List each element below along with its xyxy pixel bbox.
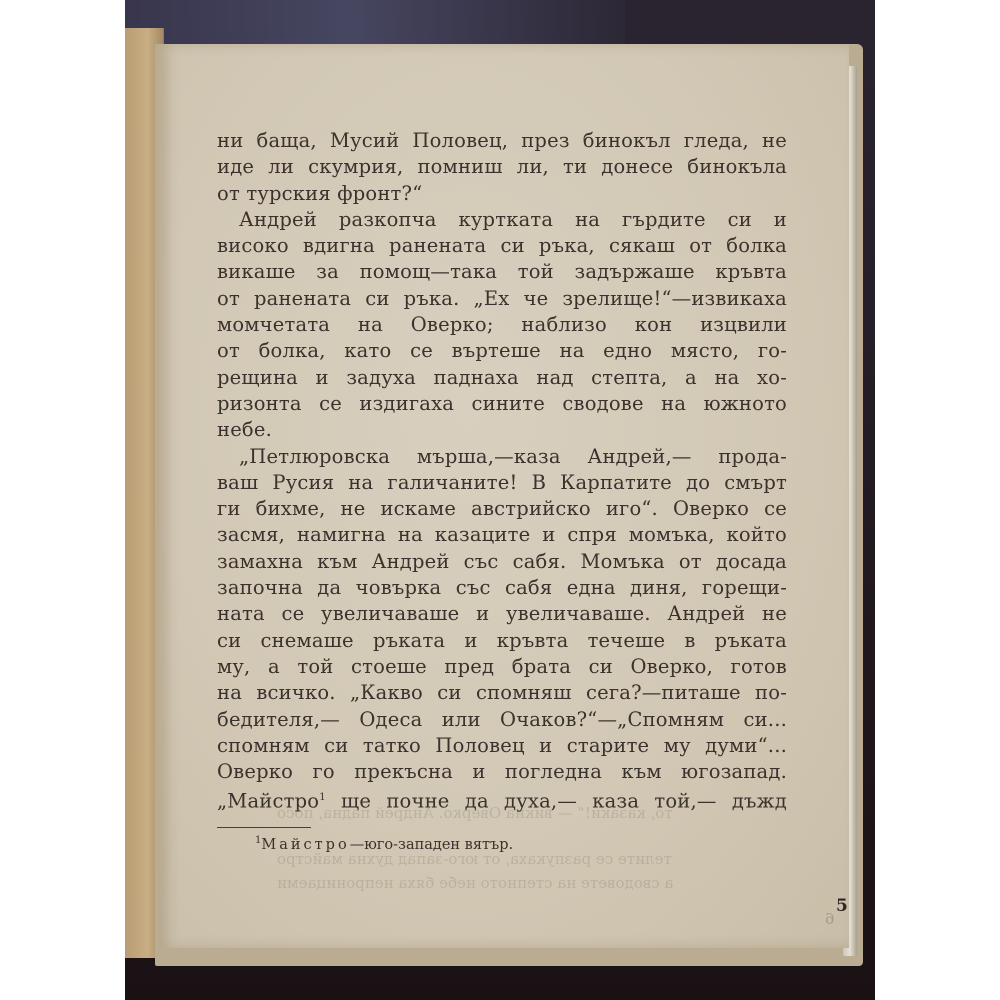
text-continuation: ще почне да духа,— каза той,— дъжд	[341, 790, 787, 813]
footnote-divider	[217, 827, 311, 828]
text-line: високо вдигна ранената си ръка, сякаш от…	[217, 233, 787, 259]
text-line: Андрей разкопча куртката на гърдите си и	[217, 207, 787, 233]
text-line: си снемаше ръката и кръвта течеше в ръка…	[217, 628, 787, 654]
footnoted-term: „Майстро	[217, 790, 319, 813]
footnote-definition: —юго-западен вятър.	[350, 837, 513, 853]
text-line: бедителя,— Одеса или Очаков?“—„Спомням с…	[217, 707, 787, 733]
text-line: иде ли скумрия, помниш ли, ти донесе бин…	[217, 154, 787, 180]
page-number: 5	[836, 896, 848, 916]
text-line: ни баща, Мусий Половец, през бинокъл гле…	[217, 128, 787, 154]
footnote-term: Майстро	[261, 837, 349, 853]
text-line: момчетата на Оверко; наблизо кон изцвили	[217, 312, 787, 338]
show-through-page-number: 6	[825, 910, 835, 928]
text-line: ваш Русия на галичаните! В Карпатите до …	[217, 470, 787, 496]
text-line: ги бихме, не искаме австрийско иго“. Ове…	[217, 496, 787, 522]
text-line: от турския фронт?“	[217, 181, 787, 207]
text-line: „Петлюровска мърша,—каза Андрей,— прода-	[217, 444, 787, 470]
text-line: ната се увеличаваше и увеличаваше. Андре…	[217, 601, 787, 627]
text-line: започна да човърка със сабя една диня, г…	[217, 575, 787, 601]
text-line: замахна към Андрей със сабя. Момъка от д…	[217, 549, 787, 575]
footnote: 1Майстро—юго-западен вятър.	[255, 835, 513, 853]
book-photo: то, казаки!“ — викна Оверко. Андрей падн…	[125, 0, 875, 1000]
book-page: то, казаки!“ — викна Оверко. Андрей падн…	[159, 44, 849, 948]
text-line-with-footnote: „Майстро1 ще почне да духа,— каза той,— …	[217, 785, 787, 811]
text-line: на всичко. „Какво си спомняш сега?—питаш…	[217, 680, 787, 706]
text-line: ризонта се издигаха сините сводове на юж…	[217, 391, 787, 417]
text-line: спомням си татко Половец и старите му ду…	[217, 733, 787, 759]
show-through-line: а сводовете на степното небе бяха непрон…	[277, 874, 673, 892]
text-line: засмя, намигна на казаците и спря момъка…	[217, 522, 787, 548]
footnote-reference: 1	[319, 792, 326, 803]
text-line: небе.	[217, 417, 787, 443]
text-line: Оверко го прекъсна и погледна към югозап…	[217, 759, 787, 785]
text-line: рещина и задуха паднаха над степта, а на…	[217, 365, 787, 391]
text-line: от ранената си ръка. „Ех че зрелище!“—из…	[217, 286, 787, 312]
text-line: му, а той стоеше пред брата си Оверко, г…	[217, 654, 787, 680]
text-line: викаше за помощ—така той задържаше кръвт…	[217, 259, 787, 285]
text-line: от болка, като се въртеше на едно място,…	[217, 338, 787, 364]
body-text: ни баща, Мусий Половец, през бинокъл гле…	[217, 128, 787, 812]
